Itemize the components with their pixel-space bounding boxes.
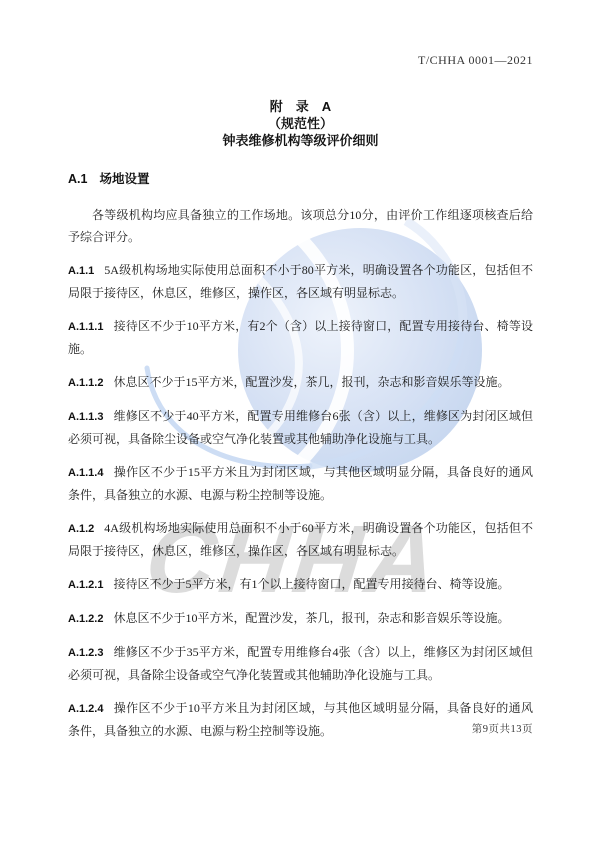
clause-paragraph: A.1.1.4操作区不少于15平方米且为封闭区域，与其他区域明显分隔，具备良好的… <box>68 461 533 506</box>
appendix-title-line2: （规范性） <box>68 115 533 132</box>
clause-text: 休息区不少于15平方米，配置沙发，茶几，报刊，杂志和影音娱乐等设施。 <box>113 375 509 389</box>
section-heading: A.1场地设置 <box>68 171 533 188</box>
clause-text: 5A级机构场地实际使用总面积不小于80平方米，明确设置各个功能区，包括但不局限于… <box>68 263 533 300</box>
page-footer: 第9页共13页 <box>472 721 533 736</box>
clause-paragraph: A.1.1.2休息区不少于15平方米，配置沙发，茶几，报刊，杂志和影音娱乐等设施… <box>68 371 533 394</box>
clause-paragraph: A.1.2.3维修区不少于35平方米，配置专用维修台4张（含）以上，维修区为封闭… <box>68 641 533 686</box>
clause-text: 维修区不少于40平方米，配置专用维修台6张（含）以上，维修区为封闭区域但必须可视… <box>68 409 533 446</box>
appendix-title: 附 录 A （规范性） 钟表维修机构等级评价细则 <box>68 98 533 149</box>
clause-number: A.1.1.3 <box>68 411 103 423</box>
clause-paragraph: A.1.1.3维修区不少于40平方米，配置专用维修台6张（含）以上，维修区为封闭… <box>68 405 533 450</box>
document-page: CHHA T/CHHA 0001—2021 附 录 A （规范性） 钟表维修机构… <box>0 0 600 848</box>
clause-text: 接待区不少于5平方米，有1个以上接待窗口，配置专用接待台、椅等设施。 <box>113 577 509 591</box>
appendix-title-line1: 附 录 A <box>68 98 533 115</box>
clause-number: A.1.2.2 <box>68 613 103 625</box>
clause-number: A.1.2.3 <box>68 647 103 659</box>
clause-number: A.1.1.4 <box>68 467 103 479</box>
clause-paragraph: A.1.15A级机构场地实际使用总面积不小于80平方米，明确设置各个功能区，包括… <box>68 259 533 304</box>
clause-paragraph: A.1.2.1接待区不少于5平方米，有1个以上接待窗口，配置专用接待台、椅等设施… <box>68 573 533 596</box>
appendix-title-line3: 钟表维修机构等级评价细则 <box>68 132 533 149</box>
clause-text: 操作区不少于10平方米且为封闭区域，与其他区域明显分隔，具备良好的通风条件，具备… <box>68 701 533 738</box>
clause-text: 4A级机构场地实际使用总面积不小于60平方米，明确设置各个功能区，包括但不局限于… <box>68 521 533 558</box>
clause-number: A.1.2.4 <box>68 703 103 715</box>
clause-list: A.1.15A级机构场地实际使用总面积不小于80平方米，明确设置各个功能区，包括… <box>68 259 533 742</box>
clause-text: 接待区不少于10平方米，有2个（含）以上接待窗口，配置专用接待台、椅等设施。 <box>68 319 533 356</box>
clause-text: 操作区不少于15平方米且为封闭区域，与其他区域明显分隔，具备良好的通风条件，具备… <box>68 465 533 502</box>
section-number: A.1 <box>68 172 87 186</box>
doc-number: T/CHHA 0001—2021 <box>68 52 533 68</box>
clause-number: A.1.2.1 <box>68 579 103 591</box>
clause-number: A.1.1 <box>68 265 94 277</box>
intro-paragraph: 各等级机构均应具备独立的工作场地。该项总分10分，由评价工作组逐项核查后给予综合… <box>68 204 533 248</box>
clause-paragraph: A.1.2.2休息区不少于10平方米，配置沙发，茶几，报刊，杂志和影音娱乐等设施… <box>68 607 533 630</box>
section-title: 场地设置 <box>99 172 149 186</box>
clause-number: A.1.1.2 <box>68 377 103 389</box>
clause-paragraph: A.1.24A级机构场地实际使用总面积不小于60平方米，明确设置各个功能区，包括… <box>68 517 533 562</box>
page-content: T/CHHA 0001—2021 附 录 A （规范性） 钟表维修机构等级评价细… <box>0 52 600 742</box>
clause-number: A.1.2 <box>68 523 94 535</box>
clause-paragraph: A.1.1.1接待区不少于10平方米，有2个（含）以上接待窗口，配置专用接待台、… <box>68 315 533 360</box>
clause-number: A.1.1.1 <box>68 321 103 333</box>
clause-text: 休息区不少于10平方米，配置沙发，茶几，报刊，杂志和影音娱乐等设施。 <box>113 611 509 625</box>
clause-text: 维修区不少于35平方米，配置专用维修台4张（含）以上，维修区为封闭区域但必须可视… <box>68 645 533 682</box>
clause-paragraph: A.1.2.4操作区不少于10平方米且为封闭区域，与其他区域明显分隔，具备良好的… <box>68 697 533 742</box>
